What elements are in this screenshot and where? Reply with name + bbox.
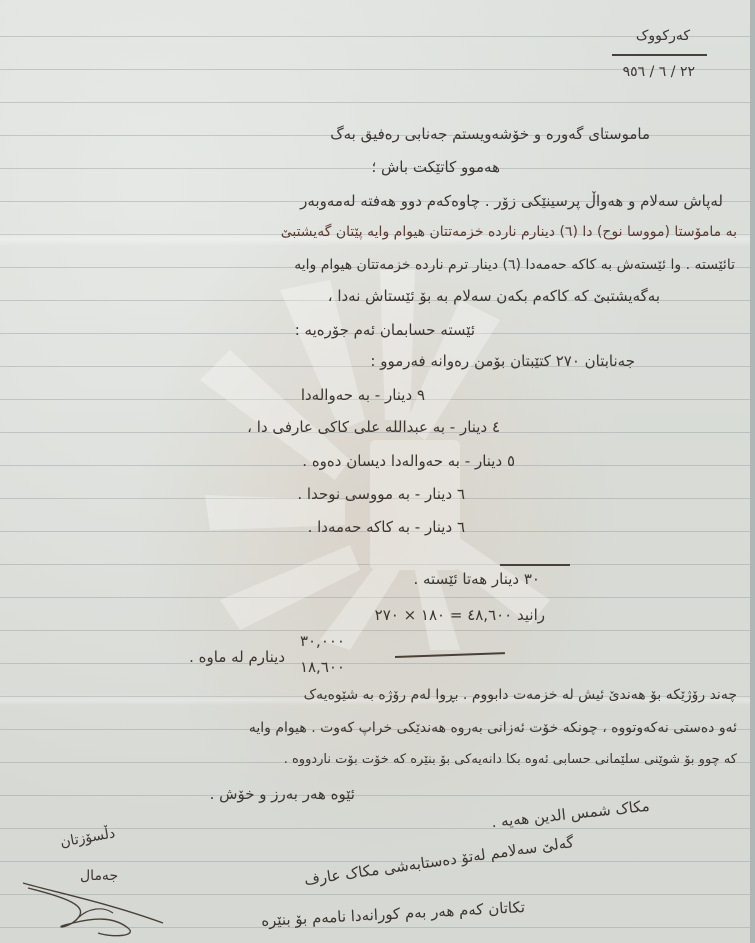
body-line: لەپاش سەلام و هەواڵ پرسینێکی زۆر . چاوەک… xyxy=(300,192,723,210)
payment-amount: ٦ xyxy=(457,518,465,536)
closing-wish: ئێوە هەر بەرز و خۆش . xyxy=(210,785,355,803)
total-text: هەتا ئێستە . xyxy=(413,570,487,588)
closing-regards-2: گەلێ سەلامم لەتۆ دەستابەشی مکاک عارف xyxy=(303,833,575,889)
total-unit: دینار xyxy=(492,570,519,588)
payment-amount: ٥ xyxy=(507,452,515,470)
payment-recipient: بە حەوالەدا xyxy=(301,386,370,404)
body-line: بەگەیشتبێ کە کاکەم بکەن سەلام بە بۆ ئێست… xyxy=(328,287,660,305)
calc-remainder: ١٨,٦٠٠ xyxy=(300,658,345,676)
payment-row: ٩ دینار - بە حەوالەدا xyxy=(301,386,425,404)
total-rule xyxy=(500,564,570,566)
calc-intro-line-2: جەنابتان ٢٧٠ کتێبتان بۆمن رەوانە فەرموو … xyxy=(370,352,635,370)
payment-row: ٥ دینار - بە حەوالەدا دیسان دەوە . xyxy=(302,452,515,470)
payment-recipient: بە مووسی نوحدا . xyxy=(297,485,410,503)
letter-place: کەرکووک xyxy=(636,28,690,44)
calc-subtract-rule xyxy=(395,652,505,657)
calc-subtract: ٣٠,٠٠٠ xyxy=(300,632,345,650)
calc-expression: ٢٧٠ × ١٨٠ = ٤٨,٦٠٠ دینار xyxy=(375,606,545,624)
payment-unit: دینار xyxy=(425,518,452,536)
payment-row: ٦ دینار - بە مووسی نوحدا . xyxy=(297,485,465,503)
payment-row: ٦ دینار - بە کاکە حەمەدا . xyxy=(308,518,465,536)
payment-total: ٣٠ دینار هەتا ئێستە . xyxy=(413,570,540,588)
body-line: چەند رۆژێکە بۆ هەندێ ئیش لە خزمەت دابووم… xyxy=(304,687,737,703)
salutation-line-1: ماموستای گەورە و خۆشەویستم جەنابی رەفیق … xyxy=(330,125,650,143)
letter-page: کەرکووک ٢٢ / ٦ / ٩٥٦ ماموستای گەورە و خۆ… xyxy=(0,0,755,943)
payment-amount: ٤ xyxy=(492,418,500,436)
payment-recipient: بە عبداللە علی کاکی عارفی دا ، xyxy=(247,418,445,436)
total-amount: ٣٠ xyxy=(524,570,540,588)
closing-regards-1: مکاک شمس الدین هەیە . xyxy=(491,797,651,832)
payment-unit: دینار xyxy=(460,418,487,436)
payment-amount: ٦ xyxy=(457,485,465,503)
body-line: ئەو دەستی نەکەوتووە ، چونکە خۆت ئەزانی ب… xyxy=(249,720,737,736)
payment-amount: ٩ xyxy=(417,386,425,404)
payment-row: ٤ دینار - بە عبداللە علی کاکی عارفی دا ، xyxy=(247,418,500,436)
letter-date: ٢٢ / ٦ / ٩٥٦ xyxy=(623,64,695,80)
signature-label: دڵسۆزتان xyxy=(59,825,116,850)
paper-edge xyxy=(750,0,755,943)
body-line: بە مامۆستا (مووسا نوح) دا (٦) دینارم نار… xyxy=(281,224,737,240)
payment-unit: دینار xyxy=(425,485,452,503)
salutation-line-2: هەموو کاتێکت باش ؛ xyxy=(371,158,500,176)
closing-final: تکاتان کەم هەر بەم کورانەدا نامەم بۆ بنێ… xyxy=(261,898,526,930)
handwritten-signature-icon xyxy=(18,878,168,938)
body-line: کە چوو بۆ شوێنی سلێمانی حسابی ئەوە بکا د… xyxy=(284,752,737,767)
place-underline xyxy=(612,54,707,56)
calc-intro-line-1: ئێستە حسابمان ئەم جۆرەیە : xyxy=(295,321,475,339)
payment-unit: دینار xyxy=(475,452,502,470)
payment-recipient: بە کاکە حەمەدا . xyxy=(308,518,410,536)
payment-unit: دینار xyxy=(385,386,412,404)
calc-remainder-note: دینارم لە ماوە . xyxy=(189,648,285,666)
payment-recipient: بە حەوالەدا دیسان دەوە . xyxy=(302,452,460,470)
body-line: تائێستە . وا ئێستەش بە کاکە حەمەدا (٦) د… xyxy=(294,257,735,273)
